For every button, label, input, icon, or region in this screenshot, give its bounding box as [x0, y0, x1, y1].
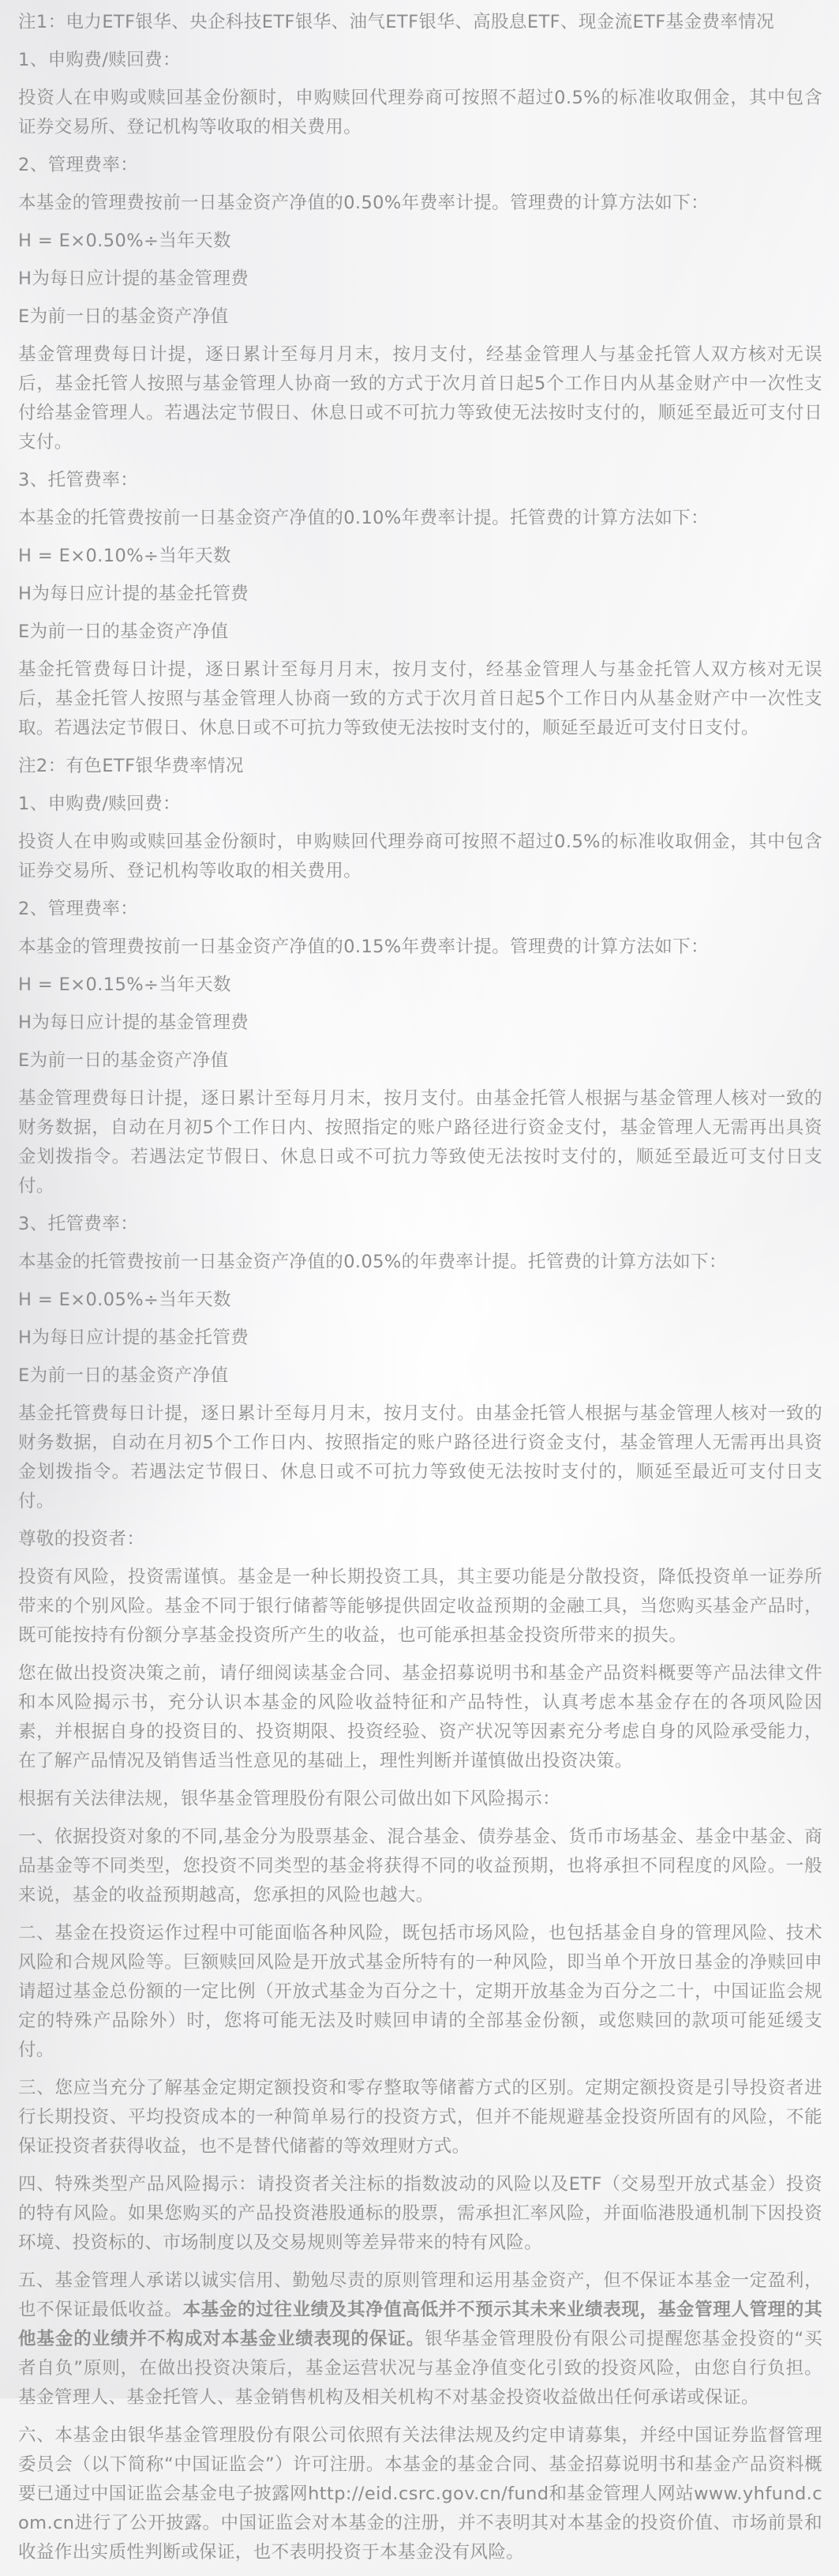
note1-sub-fee-heading: 1、申购费/赎回费： — [18, 46, 822, 75]
note2-mgmt-h-def: H为每日应计提的基金管理费 — [18, 1008, 822, 1038]
note1-cust-payment: 基金托管费每日计提，逐日累计至每月月末，按月支付，经基金管理人与基金托管人双方核… — [18, 655, 822, 743]
risk-item-1: 一、依据投资对象的不同,基金分为股票基金、混合基金、债券基金、货币市场基金、基金… — [18, 1823, 822, 1910]
risk-item-2: 二、基金在投资运作过程中可能面临各种风险，既包括市场风险，也包括基金自身的管理风… — [18, 1919, 822, 2065]
note1-cust-heading: 3、托管费率： — [18, 466, 822, 495]
note2-cust-payment: 基金托管费每日计提，逐日累计至每月月末，按月支付。由基金托管人根据与基金管理人核… — [18, 1399, 822, 1516]
risk-item-4: 四、特殊类型产品风险揭示：请投资者关注标的指数波动的风险以及ETF（交易型开放式… — [18, 2170, 822, 2258]
risk-item-5: 五、基金管理人承诺以诚实信用、勤勉尽责的原则管理和运用基金资产，但不保证本基金一… — [18, 2266, 822, 2413]
risk-paragraph-3: 根据有关法律法规，银华基金管理股份有限公司做出如下风险揭示： — [18, 1785, 822, 1814]
risk-paragraph-2: 您在做出投资决策之前，请仔细阅读基金合同、基金招募说明书和基金产品资料概要等产品… — [18, 1659, 822, 1776]
note1-section: 注1：电力ETF银华、央企科技ETF银华、油气ETF银华、高股息ETF、现金流E… — [18, 8, 822, 743]
note1-cust-formula: H = E×0.10%÷当年天数 — [18, 542, 822, 571]
note2-title: 注2：有色ETF银华费率情况 — [18, 752, 822, 781]
fee-and-risk-disclosure: 注1：电力ETF银华、央企科技ETF银华、油气ETF银华、高股息ETF、现金流E… — [0, 0, 839, 2567]
note2-mgmt-heading: 2、管理费率： — [18, 895, 822, 924]
note1-cust-intro: 本基金的托管费按前一日基金资产净值的0.10%年费率计提。托管费的计算方法如下： — [18, 504, 822, 533]
note2-cust-e-def: E为前一日的基金资产净值 — [18, 1361, 822, 1391]
note2-section: 注2：有色ETF银华费率情况 1、申购费/赎回费： 投资人在申购或赎回基金份额时… — [18, 752, 822, 1516]
note1-mgmt-e-def: E为前一日的基金资产净值 — [18, 302, 822, 332]
note1-mgmt-payment: 基金管理费每日计提，逐日累计至每月月末，按月支付，经基金管理人与基金托管人双方核… — [18, 340, 822, 457]
note2-cust-intro: 本基金的托管费按前一日基金资产净值的0.05%的年费率计提。托管费的计算方法如下… — [18, 1248, 822, 1277]
note1-mgmt-heading: 2、管理费率： — [18, 151, 822, 180]
risk-greeting: 尊敬的投资者： — [18, 1525, 822, 1554]
note2-mgmt-formula: H = E×0.15%÷当年天数 — [18, 971, 822, 1000]
note2-cust-h-def: H为每日应计提的基金托管费 — [18, 1324, 822, 1353]
note2-mgmt-payment: 基金管理费每日计提，逐日累计至每月月末，按月支付。由基金托管人根据与基金管理人核… — [18, 1084, 822, 1201]
note1-sub-fee-text: 投资人在申购或赎回基金份额时，申购赎回代理券商可按照不超过0.5%的标准收取佣金… — [18, 84, 822, 142]
risk-disclosure-section: 尊敬的投资者： 投资有风险，投资需谨慎。基金是一种长期投资工具，其主要功能是分散… — [18, 1525, 822, 2567]
note2-mgmt-intro: 本基金的管理费按前一日基金资产净值的0.15%年费率计提。管理费的计算方法如下： — [18, 933, 822, 962]
note1-mgmt-formula: H = E×0.50%÷当年天数 — [18, 227, 822, 256]
note1-cust-h-def: H为每日应计提的基金托管费 — [18, 580, 822, 609]
note1-mgmt-h-def: H为每日应计提的基金管理费 — [18, 265, 822, 294]
note2-mgmt-e-def: E为前一日的基金资产净值 — [18, 1046, 822, 1076]
note1-title: 注1：电力ETF银华、央企科技ETF银华、油气ETF银华、高股息ETF、现金流E… — [18, 8, 822, 37]
note2-sub-fee-heading: 1、申购费/赎回费： — [18, 790, 822, 819]
note2-cust-formula: H = E×0.05%÷当年天数 — [18, 1286, 822, 1315]
risk-item-6: 六、本基金由银华基金管理股份有限公司依照有关法律法规及约定申请募集，并经中国证券… — [18, 2421, 822, 2567]
risk-item-3: 三、您应当充分了解基金定期定额投资和零存整取等储蓄方式的区别。定期定额投资是引导… — [18, 2074, 822, 2161]
note1-cust-e-def: E为前一日的基金资产净值 — [18, 618, 822, 647]
note2-sub-fee-text: 投资人在申购或赎回基金份额时，申购赎回代理券商可按照不超过0.5%的标准收取佣金… — [18, 828, 822, 886]
note1-mgmt-intro: 本基金的管理费按前一日基金资产净值的0.50%年费率计提。管理费的计算方法如下： — [18, 189, 822, 218]
note2-cust-heading: 3、托管费率： — [18, 1210, 822, 1239]
risk-paragraph-1: 投资有风险，投资需谨慎。基金是一种长期投资工具，其主要功能是分散投资，降低投资单… — [18, 1563, 822, 1650]
